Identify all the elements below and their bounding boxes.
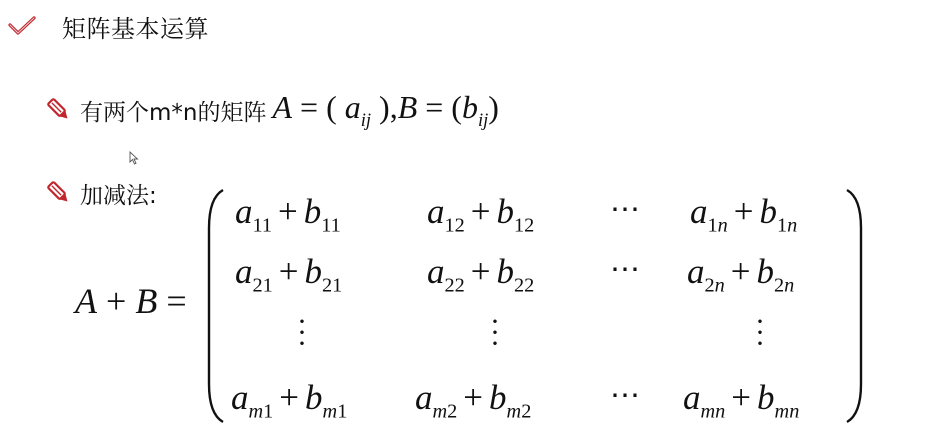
bullet-text: 加减法: (80, 177, 157, 210)
matrix-cell-1-n: a1n+b1n (690, 192, 797, 238)
matrix-hdots: ⋯ (610, 378, 643, 413)
left-parenthesis (205, 188, 227, 424)
matrix-cell-2-1: a21+b21 (235, 252, 342, 298)
equation-lhs: A + B = (75, 280, 187, 322)
sum-matrix: a11+b11 a12+b12 ⋯ a1n+b1n a21+b21 a22+b2… (205, 188, 865, 428)
matrix-cell-m-1: am1+bm1 (231, 378, 347, 424)
mouse-cursor-icon (129, 151, 139, 165)
slide-title-row: 矩阵基本运算 (8, 8, 209, 44)
matrix-vdots: ··· (490, 316, 500, 349)
slide-title: 矩阵基本运算 (62, 9, 209, 44)
matrix-cell-m-n: amn+bmn (683, 378, 799, 424)
matrix-definition-formula: A = ( aij ),B = (bij) (272, 89, 498, 132)
matrix-cell-1-2: a12+b12 (427, 192, 534, 238)
matrix-cell-m-2: am2+bm2 (415, 378, 531, 424)
matrix-vdots: ··· (297, 316, 307, 349)
bullet-text: 有两个m*n的矩阵 (80, 94, 266, 127)
matrix-hdots: ⋯ (610, 192, 643, 227)
matrix-cell-1-1: a11+b11 (235, 192, 341, 238)
matrix-cell-2-n: a2n+b2n (687, 252, 794, 298)
matrix-hdots: ⋯ (610, 252, 643, 287)
pencil-icon (46, 97, 72, 123)
right-parenthesis (843, 188, 865, 424)
matrix-vdots: ··· (755, 316, 765, 349)
matrix-cell-2-2: a22+b22 (427, 252, 534, 298)
pencil-icon (46, 180, 72, 206)
check-icon (8, 15, 36, 37)
bullet-addition-subtraction: 加减法: (46, 175, 157, 211)
bullet-matrices-definition: 有两个m*n的矩阵 A = ( aij ),B = (bij) (46, 90, 499, 130)
